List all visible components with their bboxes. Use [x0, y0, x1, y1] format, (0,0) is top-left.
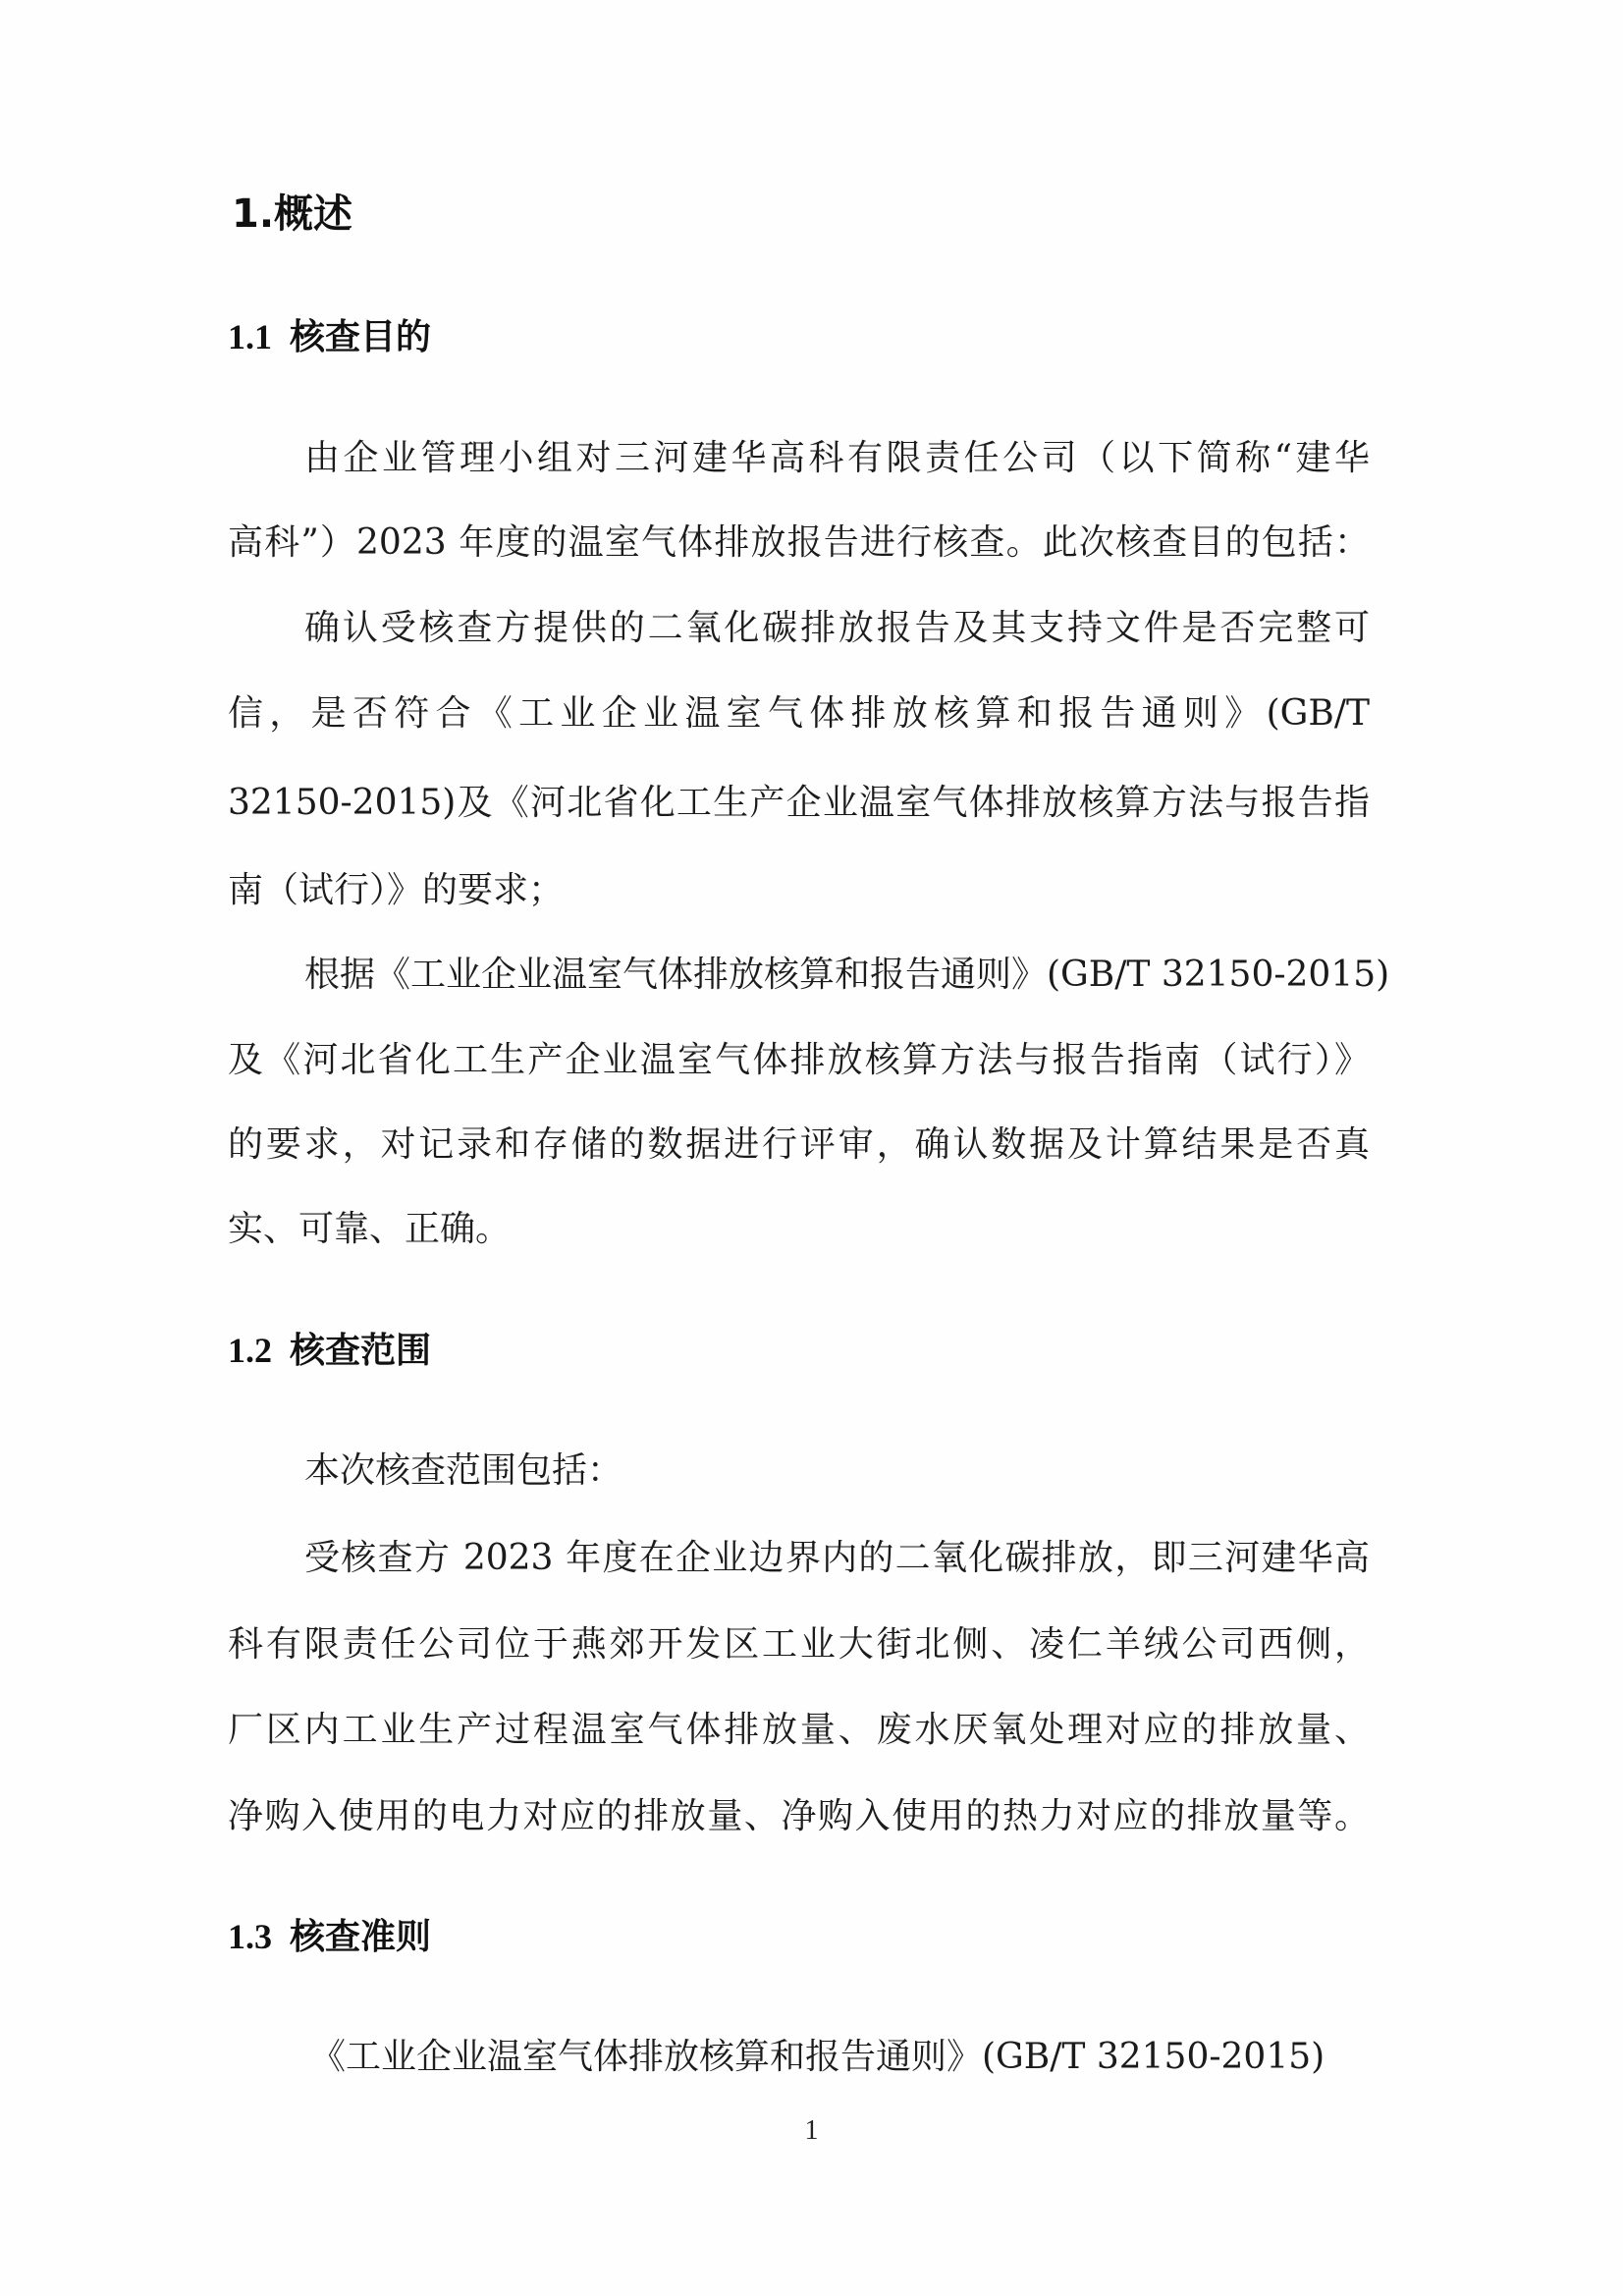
paragraph-line: 高科”）2023 年度的温室气体排放报告进行核查。此次核查目的包括： — [228, 514, 1370, 573]
paragraph-line: 受核查方 2023 年度在企业边界内的二氧化碳排放，即三河建华高 — [304, 1529, 1370, 1588]
section-heading-1-2: 1.2核查范围 — [228, 1321, 431, 1380]
section-heading-1-1: 1.1核查目的 — [228, 307, 431, 366]
section-number: 1.3 — [228, 1917, 272, 1956]
paragraph-line: 南（试行）》的要求； — [228, 861, 1370, 920]
paragraph-line: 信，是否符合《工业企业温室气体排放核算和报告通则》(GB/T — [228, 684, 1370, 743]
paragraph-line: 及《河北省化工生产企业温室气体排放核算方法与报告指南（试行）》 — [228, 1031, 1370, 1090]
document-page: 1.概述 1.1核查目的 由企业管理小组对三河建华高科有限责任公司（以下简称“建… — [0, 0, 1623, 2296]
paragraph-line: 科有限责任公司位于燕郊开发区工业大街北侧、凌仁羊绒公司西侧， — [228, 1615, 1370, 1674]
page-number: 1 — [0, 2113, 1623, 2149]
chapter-heading: 1.概述 — [232, 185, 352, 244]
paragraph-line: 的要求，对记录和存储的数据进行评审，确认数据及计算结果是否真 — [228, 1116, 1370, 1175]
section-title: 核查目的 — [290, 316, 431, 357]
paragraph-line: 根据《工业企业温室气体排放核算和报告通则》(GB/T 32150-2015) — [304, 946, 1370, 1005]
paragraph-line: 确认受核查方提供的二氧化碳排放报告及其支持文件是否完整可 — [304, 599, 1370, 658]
paragraph-line: 厂区内工业生产过程温室气体排放量、废水厌氧处理对应的排放量、 — [228, 1701, 1370, 1760]
section-title: 核查范围 — [290, 1330, 431, 1371]
section-number: 1.1 — [228, 317, 272, 356]
paragraph-line: 本次核查范围包括： — [304, 1442, 1370, 1501]
paragraph-line: 《工业企业温室气体排放核算和报告通则》(GB/T 32150-2015) — [310, 2028, 1331, 2087]
paragraph-line: 32150-2015)及《河北省化工生产企业温室气体排放核算方法与报告指 — [228, 774, 1370, 833]
section-title: 核查准则 — [290, 1916, 431, 1957]
paragraph-line: 净购入使用的电力对应的排放量、净购入使用的热力对应的排放量等。 — [228, 1787, 1370, 1846]
paragraph-line: 实、可靠、正确。 — [228, 1200, 1370, 1259]
section-number: 1.2 — [228, 1331, 272, 1370]
section-heading-1-3: 1.3核查准则 — [228, 1907, 431, 1966]
paragraph-line: 由企业管理小组对三河建华高科有限责任公司（以下简称“建华 — [304, 429, 1370, 488]
